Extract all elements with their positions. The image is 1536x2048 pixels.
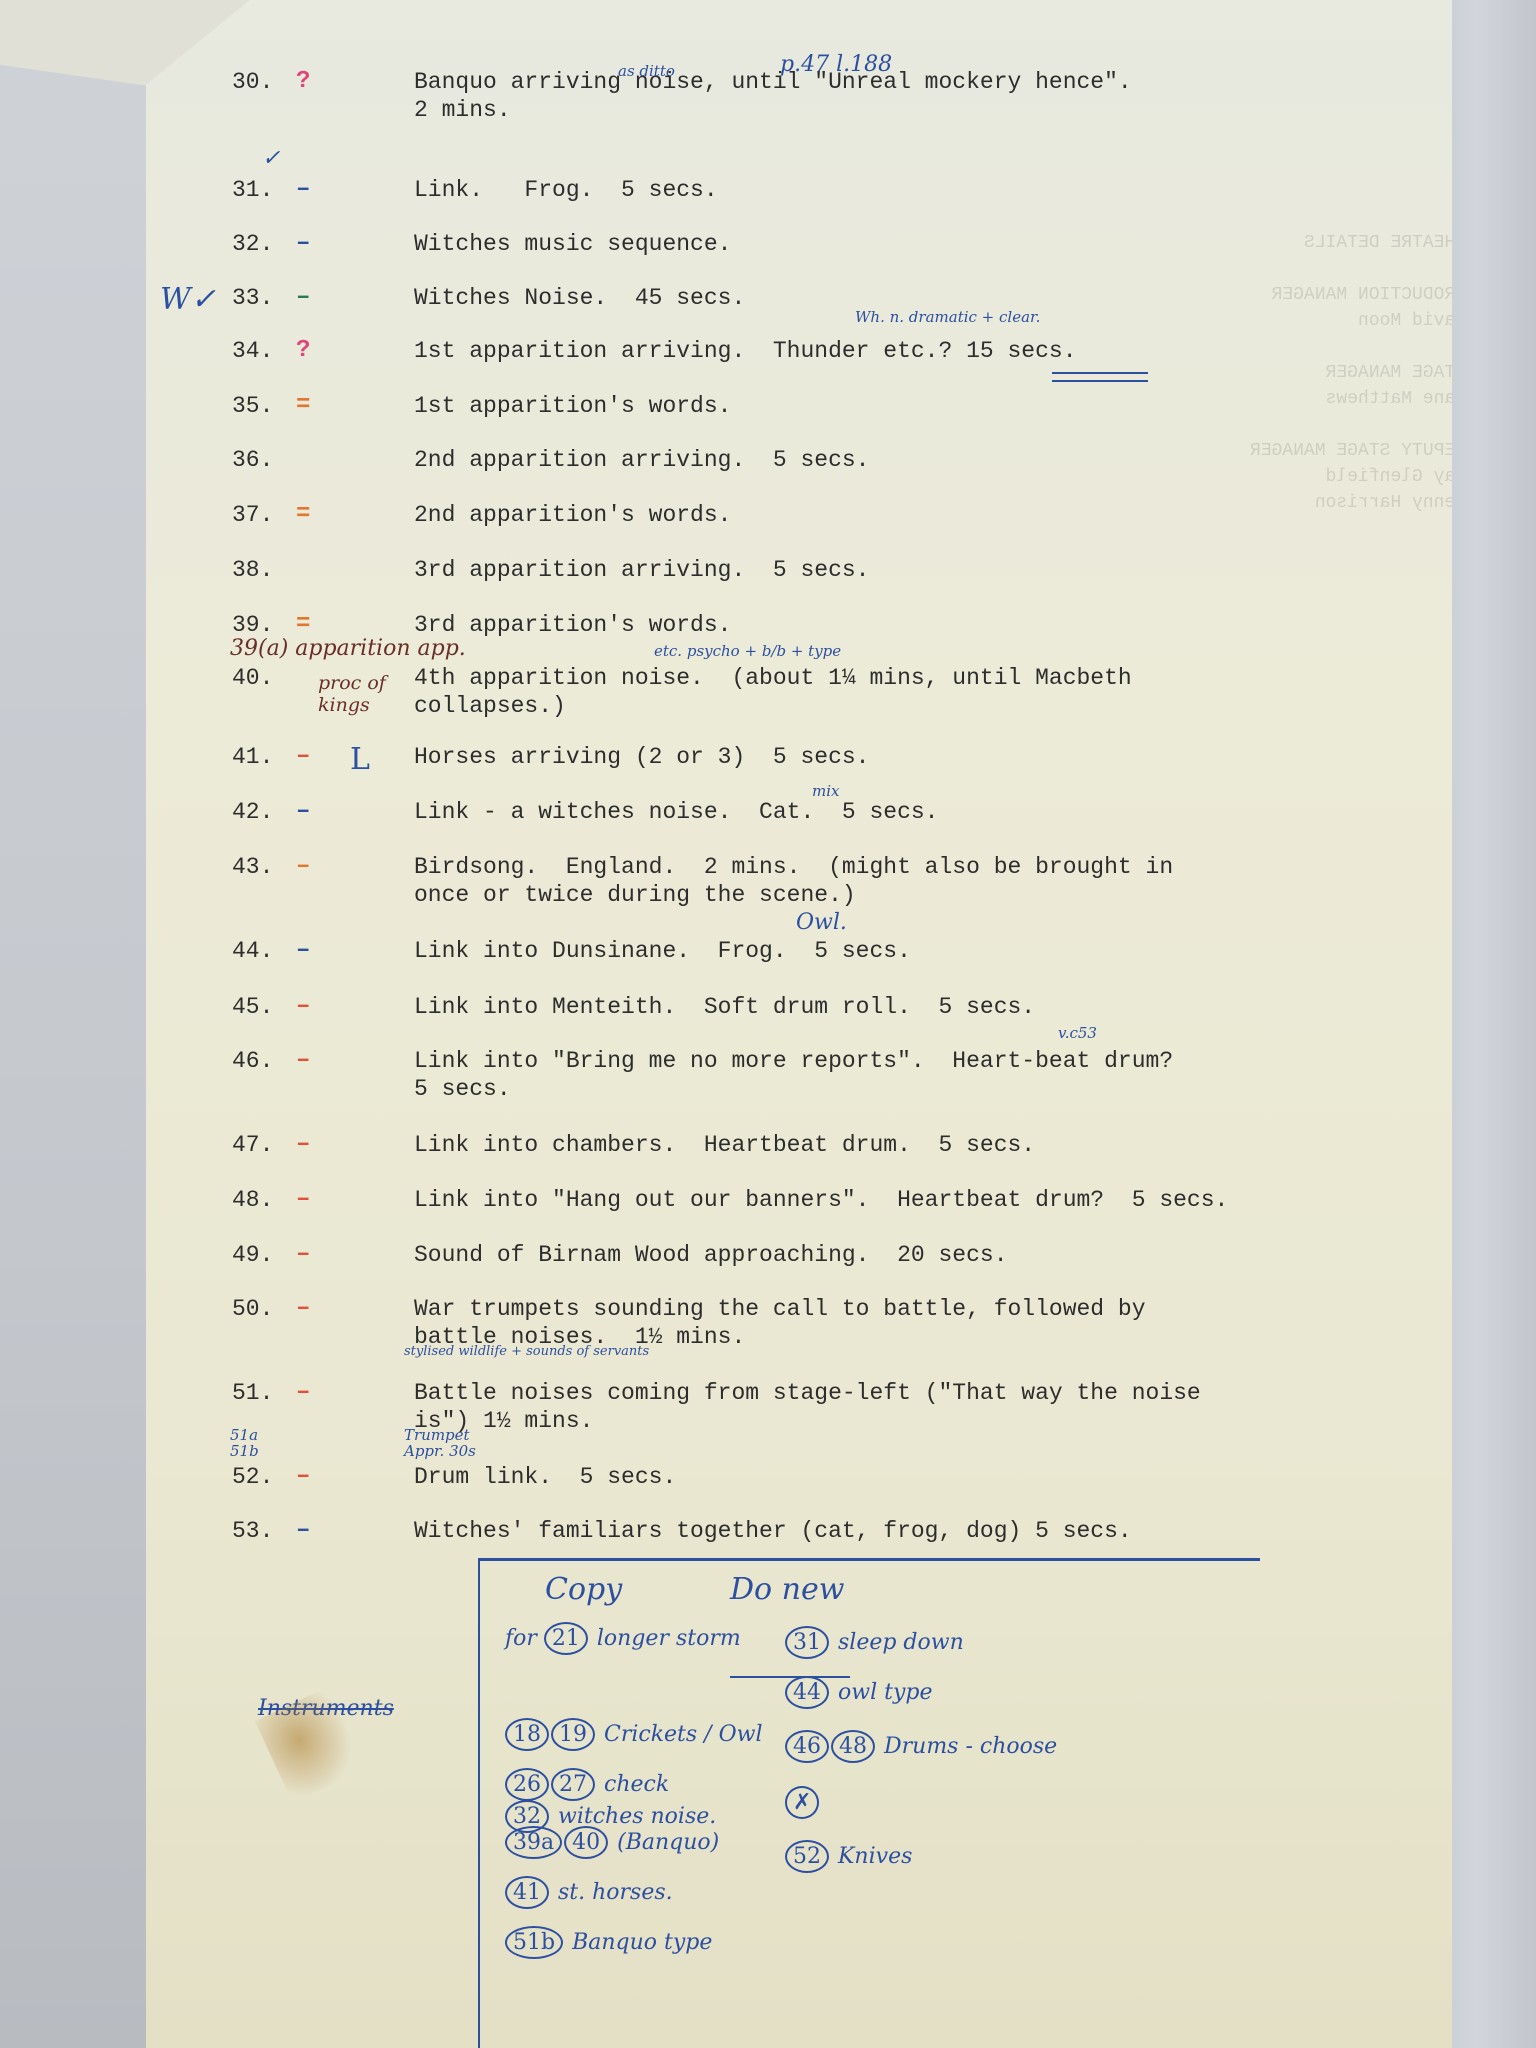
circled-cue-number: 26 [505, 1768, 549, 1801]
cue-text: Link - a witches noise. Cat. 5 secs. [414, 798, 1394, 826]
annotation-w-tick: W✓ [160, 282, 216, 317]
circled-cue-number: 27 [551, 1768, 595, 1801]
cue-mark: – [296, 853, 310, 881]
copy-heading: Copy [545, 1572, 622, 1607]
circled-cue-number: ✗ [785, 1786, 819, 1819]
cue-text: Witches music sequence. [414, 230, 1394, 258]
annotation-owl: Owl. [796, 910, 847, 935]
annotation-51b: 51b [230, 1442, 259, 1460]
annotation-39a: 39(a) apparition app. [230, 636, 466, 661]
cue-number: 34. [232, 337, 292, 365]
cue-mark: – [296, 1379, 310, 1407]
cue-text: Link into "Bring me no more reports". He… [414, 1047, 1394, 1103]
cue-number: 32. [232, 230, 292, 258]
cue-mark: – [296, 798, 310, 826]
cue-mark: – [296, 1241, 310, 1269]
cue-text: 1st apparition's words. [414, 392, 1394, 420]
cue-mark: = [296, 392, 310, 420]
note-item: 44 owl type [785, 1676, 932, 1709]
annotation-as-ditto: as ditto [618, 62, 675, 80]
annotation-stylised-wildlife: stylised wildlife + sounds of servants [404, 1344, 649, 1359]
cue-text: 3rd apparition's words. [414, 611, 1394, 639]
double-underline [1052, 372, 1148, 382]
cue-mark: – [296, 1517, 310, 1545]
cue-number: 45. [232, 993, 292, 1021]
cue-number: 30. [232, 68, 292, 96]
cue-text: 2nd apparition arriving. 5 secs. [414, 446, 1394, 474]
cue-text: Drum link. 5 secs. [414, 1463, 1394, 1491]
circled-cue-number: 39a [505, 1826, 562, 1859]
note-item: 52 Knives [785, 1840, 912, 1873]
cue-text: Birdsong. England. 2 mins. (might also b… [414, 853, 1394, 909]
cue-text: Link. Frog. 5 secs. [414, 176, 1394, 204]
cue-mark: – [296, 1295, 310, 1323]
cue-number: 35. [232, 392, 292, 420]
cue-text: War trumpets sounding the call to battle… [414, 1295, 1394, 1351]
cue-number: 49. [232, 1241, 292, 1269]
circled-cue-number: 46 [785, 1730, 829, 1763]
annotation-vc53: v.c53 [1058, 1024, 1097, 1042]
circled-cue-number: 19 [551, 1718, 595, 1751]
note-item: 1819 Crickets / Owl [505, 1718, 762, 1751]
cue-number: 39. [232, 611, 292, 639]
annotation-proc-of-kings: proc of kings [318, 672, 408, 716]
circled-cue-number: 18 [505, 1718, 549, 1751]
circled-cue-number: 51b [505, 1926, 563, 1959]
note-item: 39a40 (Banquo) [505, 1826, 719, 1859]
cue-number: 40. [232, 664, 292, 692]
cue-text: 2nd apparition's words. [414, 501, 1394, 529]
do-new-heading: Do new [730, 1572, 844, 1607]
cue-number: 41. [232, 743, 292, 771]
cue-text: Link into Menteith. Soft drum roll. 5 se… [414, 993, 1394, 1021]
cue-number: 50. [232, 1295, 292, 1323]
cue-mark: ? [296, 337, 310, 365]
note-item: 2627 check [505, 1768, 669, 1801]
cue-number: 42. [232, 798, 292, 826]
cue-text: 1st apparition arriving. Thunder etc.? 1… [414, 337, 1394, 365]
circled-cue-number: 44 [785, 1676, 829, 1709]
cue-number: 37. [232, 501, 292, 529]
circled-cue-number: 31 [785, 1626, 829, 1659]
cue-mark: – [296, 743, 310, 771]
note-item: for 21 longer storm [505, 1622, 741, 1655]
cue-number: 51. [232, 1379, 292, 1407]
note-item: 51b Banquo type [505, 1926, 712, 1959]
circled-cue-number: 21 [544, 1622, 588, 1655]
circled-cue-number: 52 [785, 1840, 829, 1873]
annotation-appr-30s: Appr. 30s [404, 1442, 476, 1460]
cue-mark: = [296, 501, 310, 529]
cue-mark: – [296, 176, 310, 204]
cue-mark: – [296, 1131, 310, 1159]
cue-text: Witches' familiars together (cat, frog, … [414, 1517, 1394, 1545]
annotation-mix: mix [812, 782, 839, 800]
cue-number: 43. [232, 853, 292, 881]
cue-number: 47. [232, 1131, 292, 1159]
cue-number: 36. [232, 446, 292, 474]
cue-mark: – [296, 1047, 310, 1075]
note-item: ✗ [785, 1786, 821, 1819]
cue-number: 33. [232, 284, 292, 312]
cue-mark: – [296, 937, 310, 965]
cue-text: Battle noises coming from stage-left ("T… [414, 1379, 1394, 1435]
cue-number: 31. [232, 176, 292, 204]
cue-number: 52. [232, 1463, 292, 1491]
cue-text: Link into Dunsinane. Frog. 5 secs. [414, 937, 1394, 965]
note-item: 41 st. horses. [505, 1876, 673, 1909]
cue-mark: – [296, 1463, 310, 1491]
cue-text: Horses arriving (2 or 3) 5 secs. [414, 743, 1394, 771]
annotation-dramatic: Wh. n. dramatic + clear. [855, 308, 1040, 326]
cue-number: 46. [232, 1047, 292, 1075]
cue-text: 3rd apparition arriving. 5 secs. [414, 556, 1394, 584]
cue-mark: – [296, 993, 310, 1021]
cue-text: Sound of Birnam Wood approaching. 20 sec… [414, 1241, 1394, 1269]
cue-mark: – [296, 1186, 310, 1214]
cue-mark: – [296, 284, 310, 312]
circled-cue-number: 40 [564, 1826, 608, 1859]
cue-number: 53. [232, 1517, 292, 1545]
cue-mark: ? [296, 68, 310, 96]
annotation-l: L [350, 742, 370, 777]
cue-text: Link into chambers. Heartbeat drum. 5 se… [414, 1131, 1394, 1159]
tick-mark: ✓ [262, 146, 280, 171]
cue-mark: – [296, 230, 310, 258]
cue-number: 44. [232, 937, 292, 965]
annotation-psycho: etc. psycho + b/b + type [654, 642, 841, 660]
cue-number: 38. [232, 556, 292, 584]
backdrop-left [0, 0, 150, 2048]
annotation-page-ref: p.47 l.188 [780, 52, 892, 77]
cue-text: 4th apparition noise. (about 1¼ mins, un… [414, 664, 1394, 720]
cue-text: Link into "Hang out our banners". Heartb… [414, 1186, 1394, 1214]
cue-mark: = [296, 611, 310, 639]
cue-number: 48. [232, 1186, 292, 1214]
cue-text: Banquo arriving noise, until "Unreal moc… [414, 68, 1394, 124]
note-item: 4648 Drums - choose [785, 1730, 1057, 1763]
circled-cue-number: 48 [831, 1730, 875, 1763]
circled-cue-number: 41 [505, 1876, 549, 1909]
note-item: 31 sleep down [785, 1626, 964, 1659]
